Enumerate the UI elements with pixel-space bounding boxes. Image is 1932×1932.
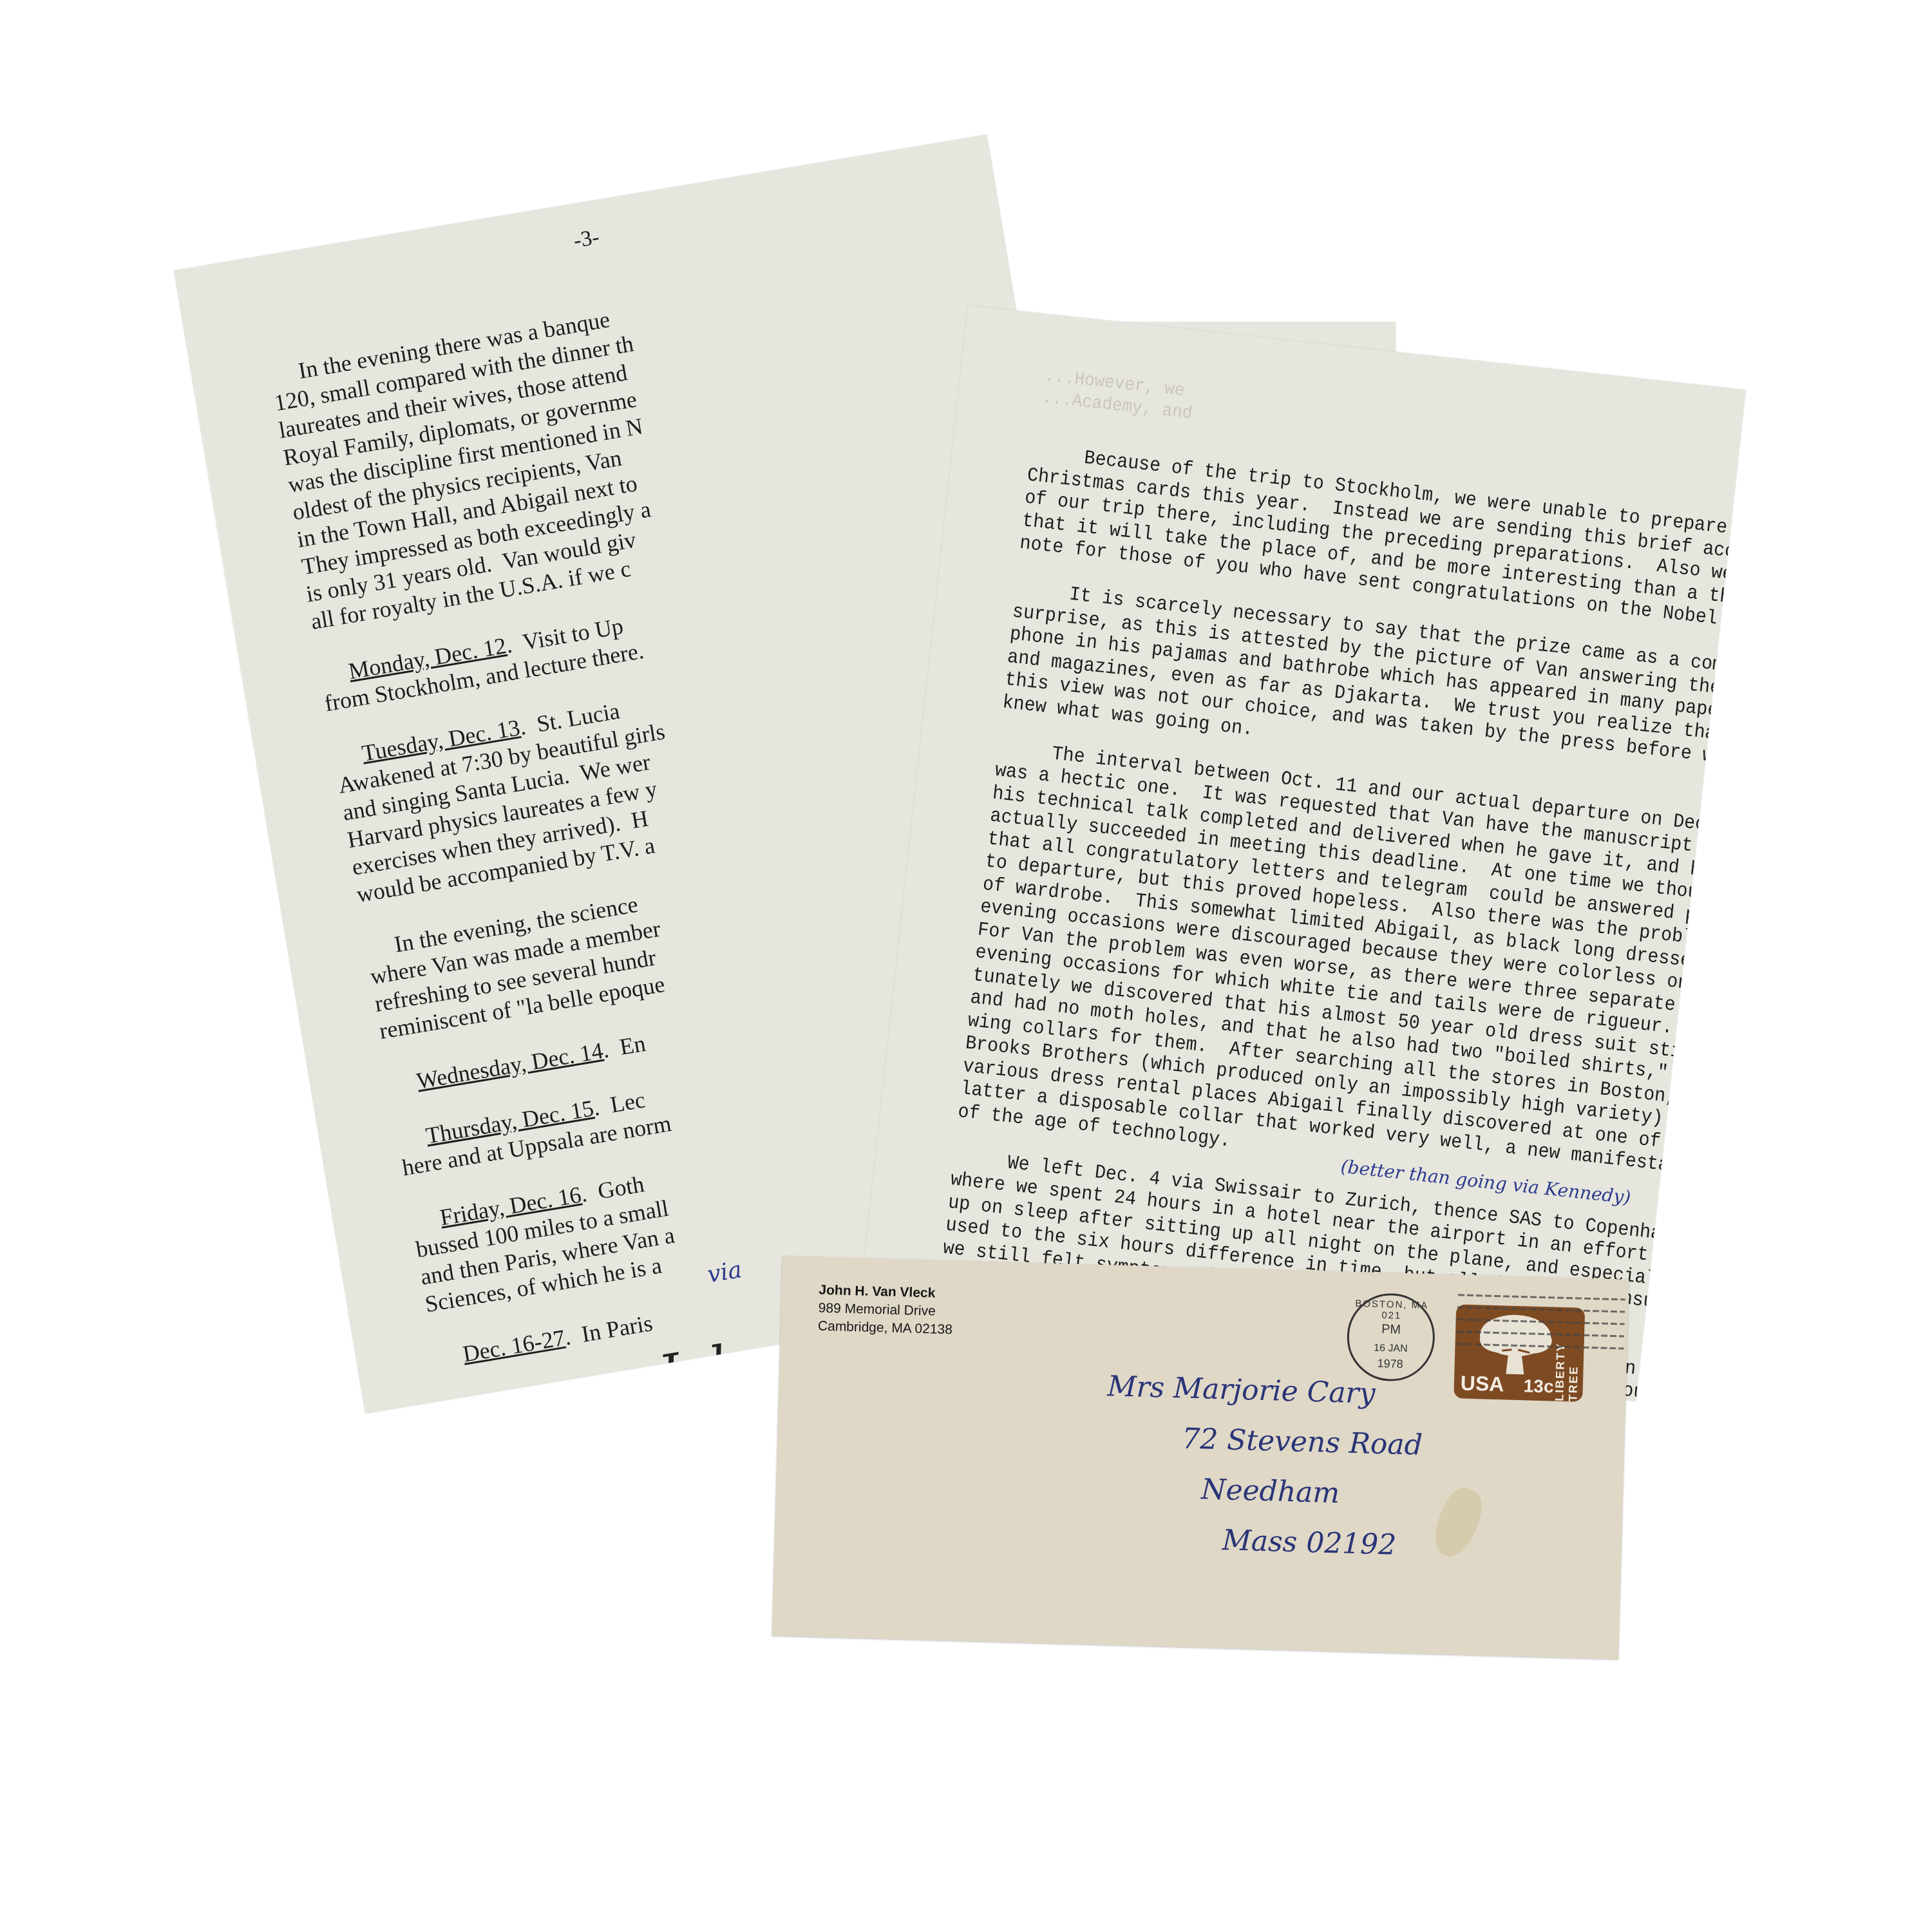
stamp-country: USA — [1460, 1371, 1504, 1396]
postmark-time: PM — [1349, 1321, 1434, 1339]
recipient-name: Mrs Marjorie Cary — [1106, 1361, 1425, 1421]
stamp-value: 13c — [1523, 1376, 1554, 1397]
postmark-city: BOSTON, MA 021 — [1350, 1298, 1434, 1323]
envelope: John H. Van Vleck 989 Memorial Drive Cam… — [772, 1256, 1629, 1659]
recipient-street: 72 Stevens Road — [1105, 1412, 1423, 1471]
handwritten-insert: via — [705, 1256, 743, 1288]
letter-page-right: ...However, we...Academy, and Because of… — [858, 305, 1746, 1401]
text-line — [450, 1395, 813, 1414]
show-through-text: ...However, we...Academy, and — [1041, 366, 1195, 426]
return-address: John H. Van Vleck 989 Memorial Drive Cam… — [818, 1282, 954, 1340]
water-stain — [1427, 1482, 1489, 1562]
recipient-state-zip: Mass 02192 — [1103, 1512, 1421, 1571]
page-number: -3- — [571, 223, 601, 255]
right-page-text: Because of the trip to Stockholm, we wer… — [922, 442, 1746, 1401]
left-page-text: In the evening there was a banque120, sm… — [268, 303, 819, 1414]
return-city: Cambridge, MA 02138 — [818, 1318, 953, 1340]
recipient-town: Needham — [1104, 1462, 1422, 1521]
postmark-date: 16 JAN — [1349, 1342, 1432, 1356]
recipient-address: Mrs Marjorie Cary 72 Stevens Road Needha… — [1103, 1361, 1425, 1571]
cancellation-lines — [1455, 1294, 1625, 1376]
